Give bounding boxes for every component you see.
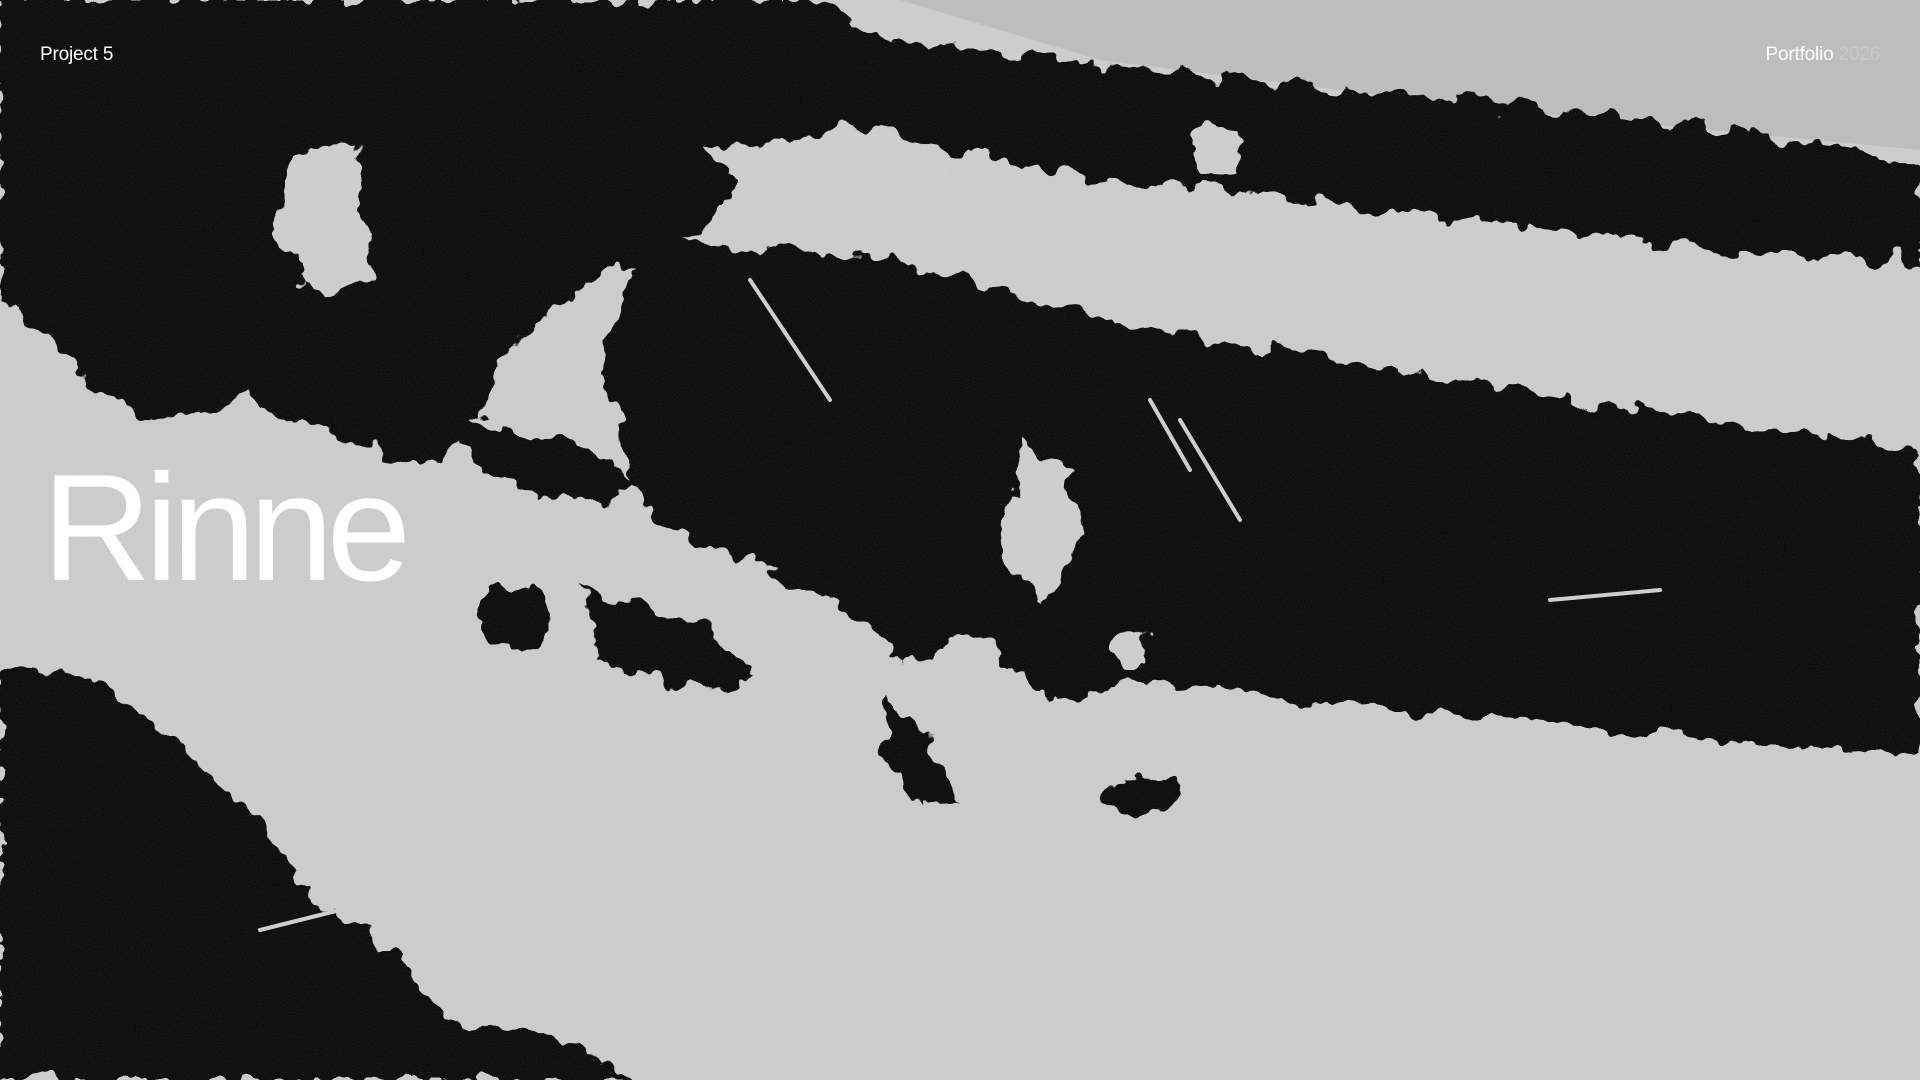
- project-title: Rinne: [42, 452, 404, 604]
- portfolio-label: Portfolio: [1766, 44, 1834, 65]
- project-label: Project 5: [40, 44, 113, 66]
- portfolio-brand[interactable]: Portfolio 2026: [1766, 44, 1880, 66]
- portfolio-year: 2026: [1839, 44, 1880, 65]
